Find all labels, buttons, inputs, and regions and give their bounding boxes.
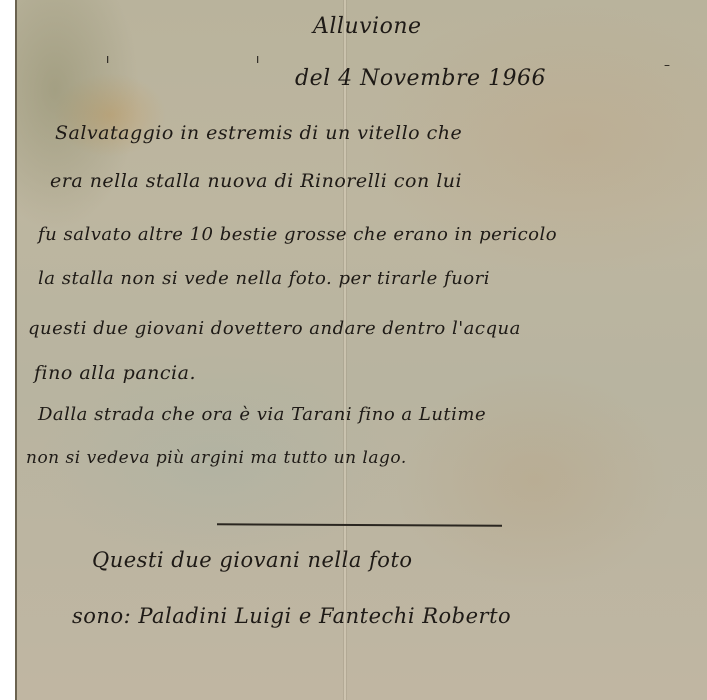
pencil-mark: – <box>664 58 670 72</box>
body-line: era nella stalla nuova di Rinorelli con … <box>50 170 462 192</box>
handwritten-letter-paper <box>15 0 707 700</box>
paper-fold-crease <box>343 0 347 700</box>
document-title: Alluvione <box>313 14 422 39</box>
document-date: del 4 Novembre 1966 <box>295 66 546 91</box>
body-line: non si vedeva più argini ma tutto un lag… <box>26 448 407 468</box>
caption-line: sono: Paladini Luigi e Fantechi Roberto <box>72 604 511 628</box>
pencil-mark: ı <box>106 52 109 66</box>
body-line: questi due giovani dovettero andare dent… <box>28 318 521 339</box>
body-line: Dalla strada che ora è via Tarani fino a… <box>38 404 486 425</box>
pencil-mark: ı <box>256 52 259 66</box>
body-line: la stalla non si vede nella foto. per ti… <box>38 268 490 289</box>
body-line: fino alla pancia. <box>34 362 196 384</box>
body-line: fu salvato altre 10 bestie grosse che er… <box>38 224 557 245</box>
caption-line: Questi due giovani nella foto <box>92 548 413 572</box>
body-line: Salvataggio in estremis di un vitello ch… <box>55 122 462 144</box>
